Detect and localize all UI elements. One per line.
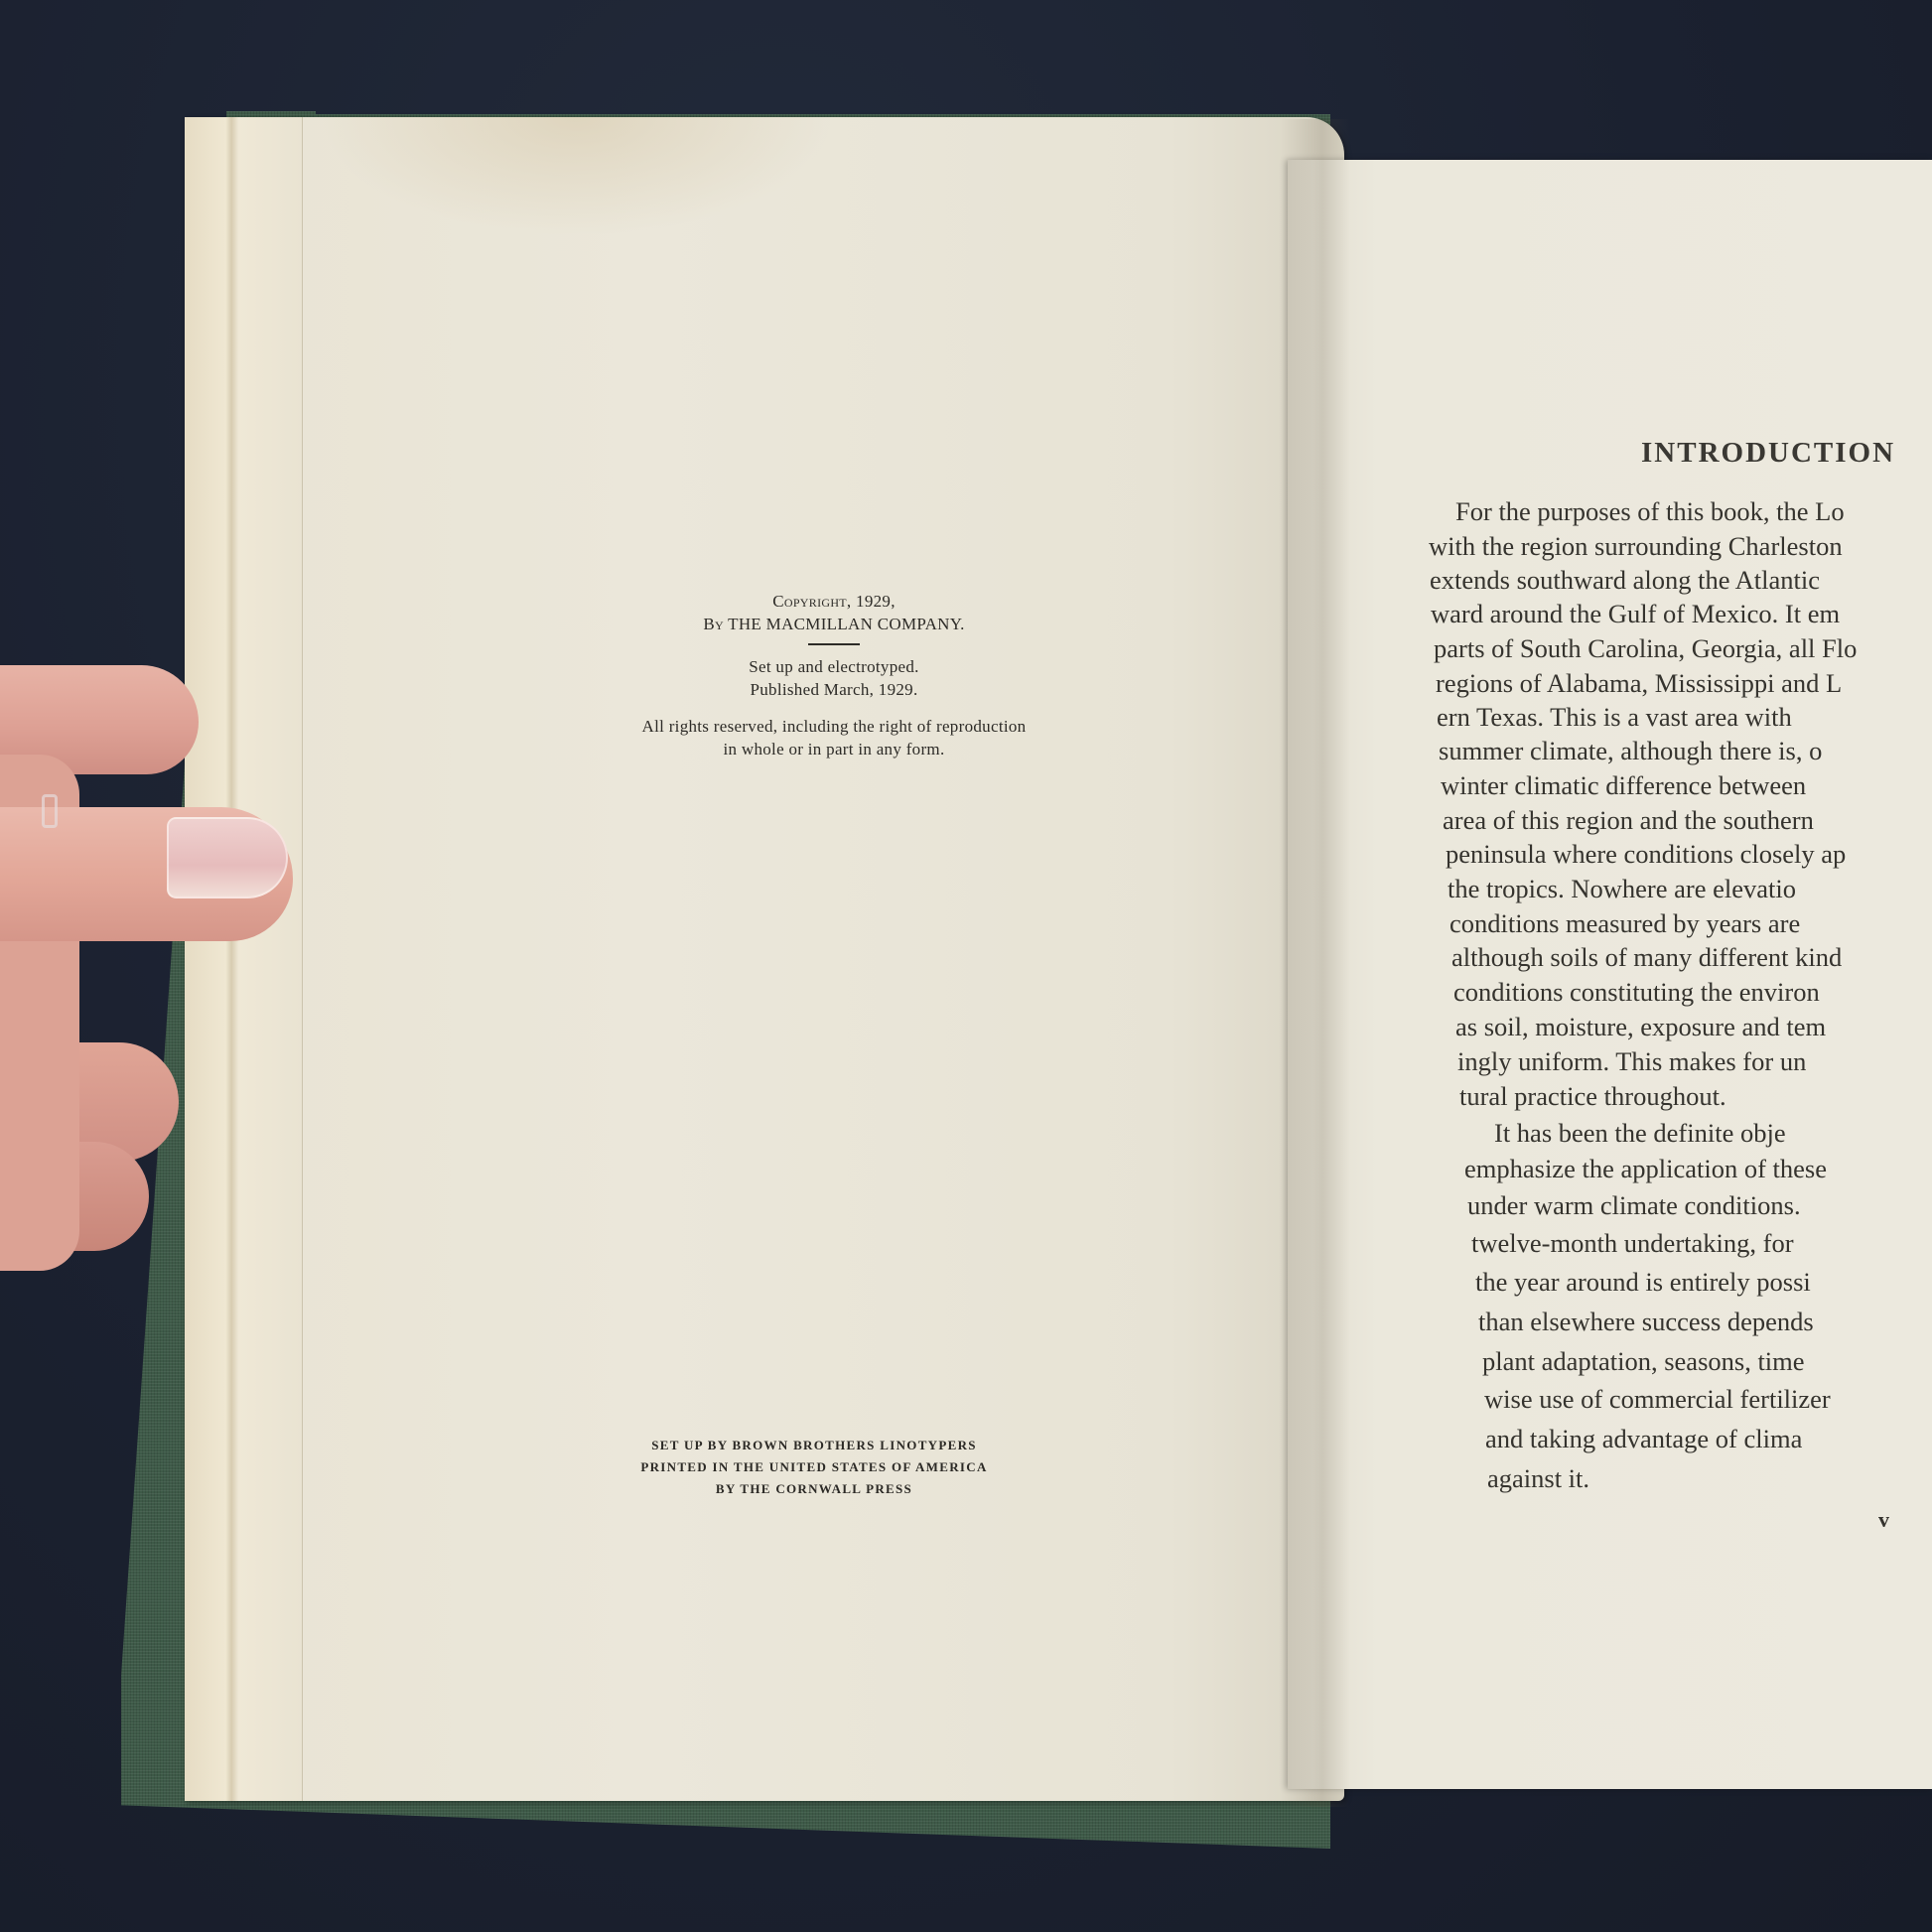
body-line: conditions measured by years are xyxy=(1449,908,1800,939)
body-line: the year around is entirely possi xyxy=(1475,1267,1811,1298)
printer-imprint: SET UP BY BROWN BROTHERS LINOTYPERS PRIN… xyxy=(596,1435,1033,1500)
imprint-line-3: BY THE CORNWALL PRESS xyxy=(596,1478,1033,1500)
divider-rule xyxy=(808,643,860,645)
copyright-line: Copyright, 1929, xyxy=(556,590,1112,613)
published-date-line: Published March, 1929. xyxy=(556,678,1112,701)
body-line: For the purposes of this book, the Lo xyxy=(1455,496,1845,527)
thumbnail xyxy=(167,817,288,898)
body-line: ingly uniform. This makes for un xyxy=(1457,1046,1806,1077)
page-stain xyxy=(318,117,834,236)
right-page xyxy=(1288,160,1932,1789)
electrotyped-line: Set up and electrotyped. xyxy=(556,655,1112,678)
body-line: as soil, moisture, exposure and tem xyxy=(1455,1012,1826,1042)
body-line: emphasize the application of these xyxy=(1464,1154,1827,1184)
body-line: ward around the Gulf of Mexico. It em xyxy=(1431,599,1840,629)
body-line: It has been the definite obje xyxy=(1494,1118,1786,1149)
page-number: v xyxy=(1878,1507,1889,1533)
body-line: although soils of many different kind xyxy=(1451,942,1842,973)
gutter-shadow xyxy=(1281,119,1350,1807)
left-page xyxy=(185,117,1344,1801)
rights-line-1: All rights reserved, including the right… xyxy=(556,715,1112,738)
body-line: area of this region and the southern xyxy=(1443,805,1814,836)
body-line: than elsewhere success depends xyxy=(1478,1307,1814,1337)
body-line: peninsula where conditions closely ap xyxy=(1446,839,1846,870)
publisher-line: By THE MACMILLAN COMPANY. xyxy=(556,613,1112,635)
body-line: plant adaptation, seasons, time xyxy=(1482,1346,1805,1377)
body-line: the tropics. Nowhere are elevatio xyxy=(1448,874,1796,904)
copyright-block: Copyright, 1929, By THE MACMILLAN COMPAN… xyxy=(556,590,1112,760)
rights-line-2: in whole or in part in any form. xyxy=(556,738,1112,760)
body-line: winter climatic difference between xyxy=(1441,770,1806,801)
body-line: ern Texas. This is a vast area with xyxy=(1437,702,1792,733)
body-line: extends southward along the Atlantic xyxy=(1430,565,1820,596)
body-line: regions of Alabama, Mississippi and L xyxy=(1436,668,1842,699)
body-line: and taking advantage of clima xyxy=(1485,1424,1802,1454)
body-line: parts of South Carolina, Georgia, all Fl… xyxy=(1434,633,1857,664)
publisher-name: THE MACMILLAN COMPANY. xyxy=(728,615,965,633)
body-line: tural practice throughout. xyxy=(1459,1081,1726,1112)
body-line: under warm climate conditions. xyxy=(1467,1190,1801,1221)
imprint-line-2: PRINTED IN THE UNITED STATES OF AMERICA xyxy=(596,1456,1033,1478)
body-line: wise use of commercial fertilizer xyxy=(1484,1384,1831,1415)
ring xyxy=(42,794,58,828)
chapter-heading: INTRODUCTION xyxy=(1641,437,1895,470)
body-line: against it. xyxy=(1487,1463,1589,1494)
imprint-line-1: SET UP BY BROWN BROTHERS LINOTYPERS xyxy=(596,1435,1033,1456)
body-line: summer climate, although there is, o xyxy=(1439,736,1822,766)
publisher-prefix: By xyxy=(703,615,724,633)
body-line: twelve-month undertaking, for xyxy=(1471,1228,1794,1259)
body-line: conditions constituting the environ xyxy=(1453,977,1820,1008)
page-fore-edge xyxy=(185,117,303,1801)
body-line: with the region surrounding Charleston xyxy=(1429,531,1843,562)
